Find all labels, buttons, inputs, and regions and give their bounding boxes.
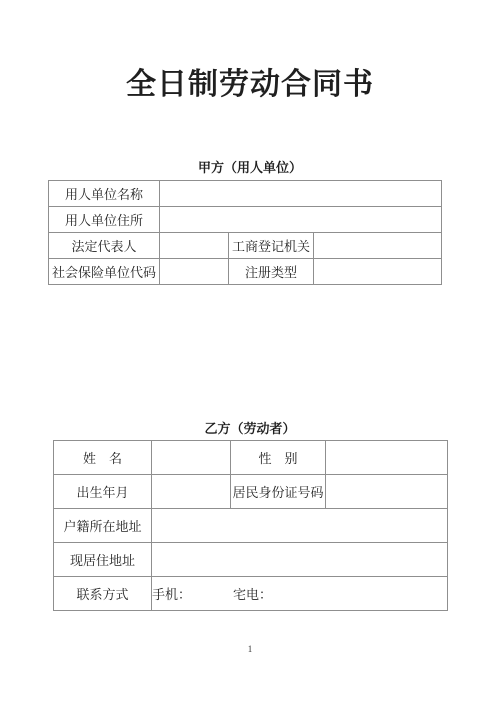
table-row: 户籍所在地址 [54, 509, 448, 543]
table-row: 社会保险单位代码 注册类型 [49, 259, 442, 285]
social-insurance-code-label: 社会保险单位代码 [49, 259, 160, 285]
registration-type-value[interactable] [314, 259, 442, 285]
registered-address-value[interactable] [152, 509, 448, 543]
home-phone-label: 宅电： [233, 587, 272, 602]
social-insurance-code-value[interactable] [160, 259, 229, 285]
table-row: 用人单位名称 [49, 181, 442, 207]
party-a-heading: 甲方（用人单位） [0, 157, 500, 176]
registration-type-label: 注册类型 [229, 259, 314, 285]
registration-authority-label: 工商登记机关 [229, 233, 314, 259]
employer-address-value[interactable] [160, 207, 442, 233]
employer-name-value[interactable] [160, 181, 442, 207]
party-a-table: 用人单位名称 用人单位住所 法定代表人 工商登记机关 社会保险单位代码 注册类型 [48, 180, 442, 285]
table-row: 联系方式 手机：宅电： [54, 577, 448, 611]
gender-label: 性 别 [231, 441, 326, 475]
table-row: 出生年月 居民身份证号码 [54, 475, 448, 509]
current-address-value[interactable] [152, 543, 448, 577]
legal-representative-value[interactable] [160, 233, 229, 259]
party-b-heading: 乙方（劳动者） [0, 418, 500, 437]
employer-name-label: 用人单位名称 [49, 181, 160, 207]
worker-name-label: 姓 名 [54, 441, 152, 475]
mobile-phone-label: 手机： [152, 587, 191, 602]
table-row: 用人单位住所 [49, 207, 442, 233]
document-title: 全日制劳动合同书 [0, 64, 500, 106]
table-row: 法定代表人 工商登记机关 [49, 233, 442, 259]
contact-value[interactable]: 手机：宅电： [152, 577, 448, 611]
party-b-table: 姓 名 性 别 出生年月 居民身份证号码 户籍所在地址 现居住地址 联系方式 手… [53, 440, 448, 611]
worker-name-value[interactable] [152, 441, 231, 475]
birth-date-value[interactable] [152, 475, 231, 509]
page-number: 1 [0, 644, 500, 654]
table-row: 姓 名 性 别 [54, 441, 448, 475]
birth-date-label: 出生年月 [54, 475, 152, 509]
current-address-label: 现居住地址 [54, 543, 152, 577]
gender-value[interactable] [326, 441, 448, 475]
legal-representative-label: 法定代表人 [49, 233, 160, 259]
table-row: 现居住地址 [54, 543, 448, 577]
id-number-label: 居民身份证号码 [231, 475, 326, 509]
contract-page: 全日制劳动合同书 甲方（用人单位） 用人单位名称 用人单位住所 法定代表人 工商… [0, 0, 500, 707]
employer-address-label: 用人单位住所 [49, 207, 160, 233]
id-number-value[interactable] [326, 475, 448, 509]
registered-address-label: 户籍所在地址 [54, 509, 152, 543]
contact-label: 联系方式 [54, 577, 152, 611]
registration-authority-value[interactable] [314, 233, 442, 259]
